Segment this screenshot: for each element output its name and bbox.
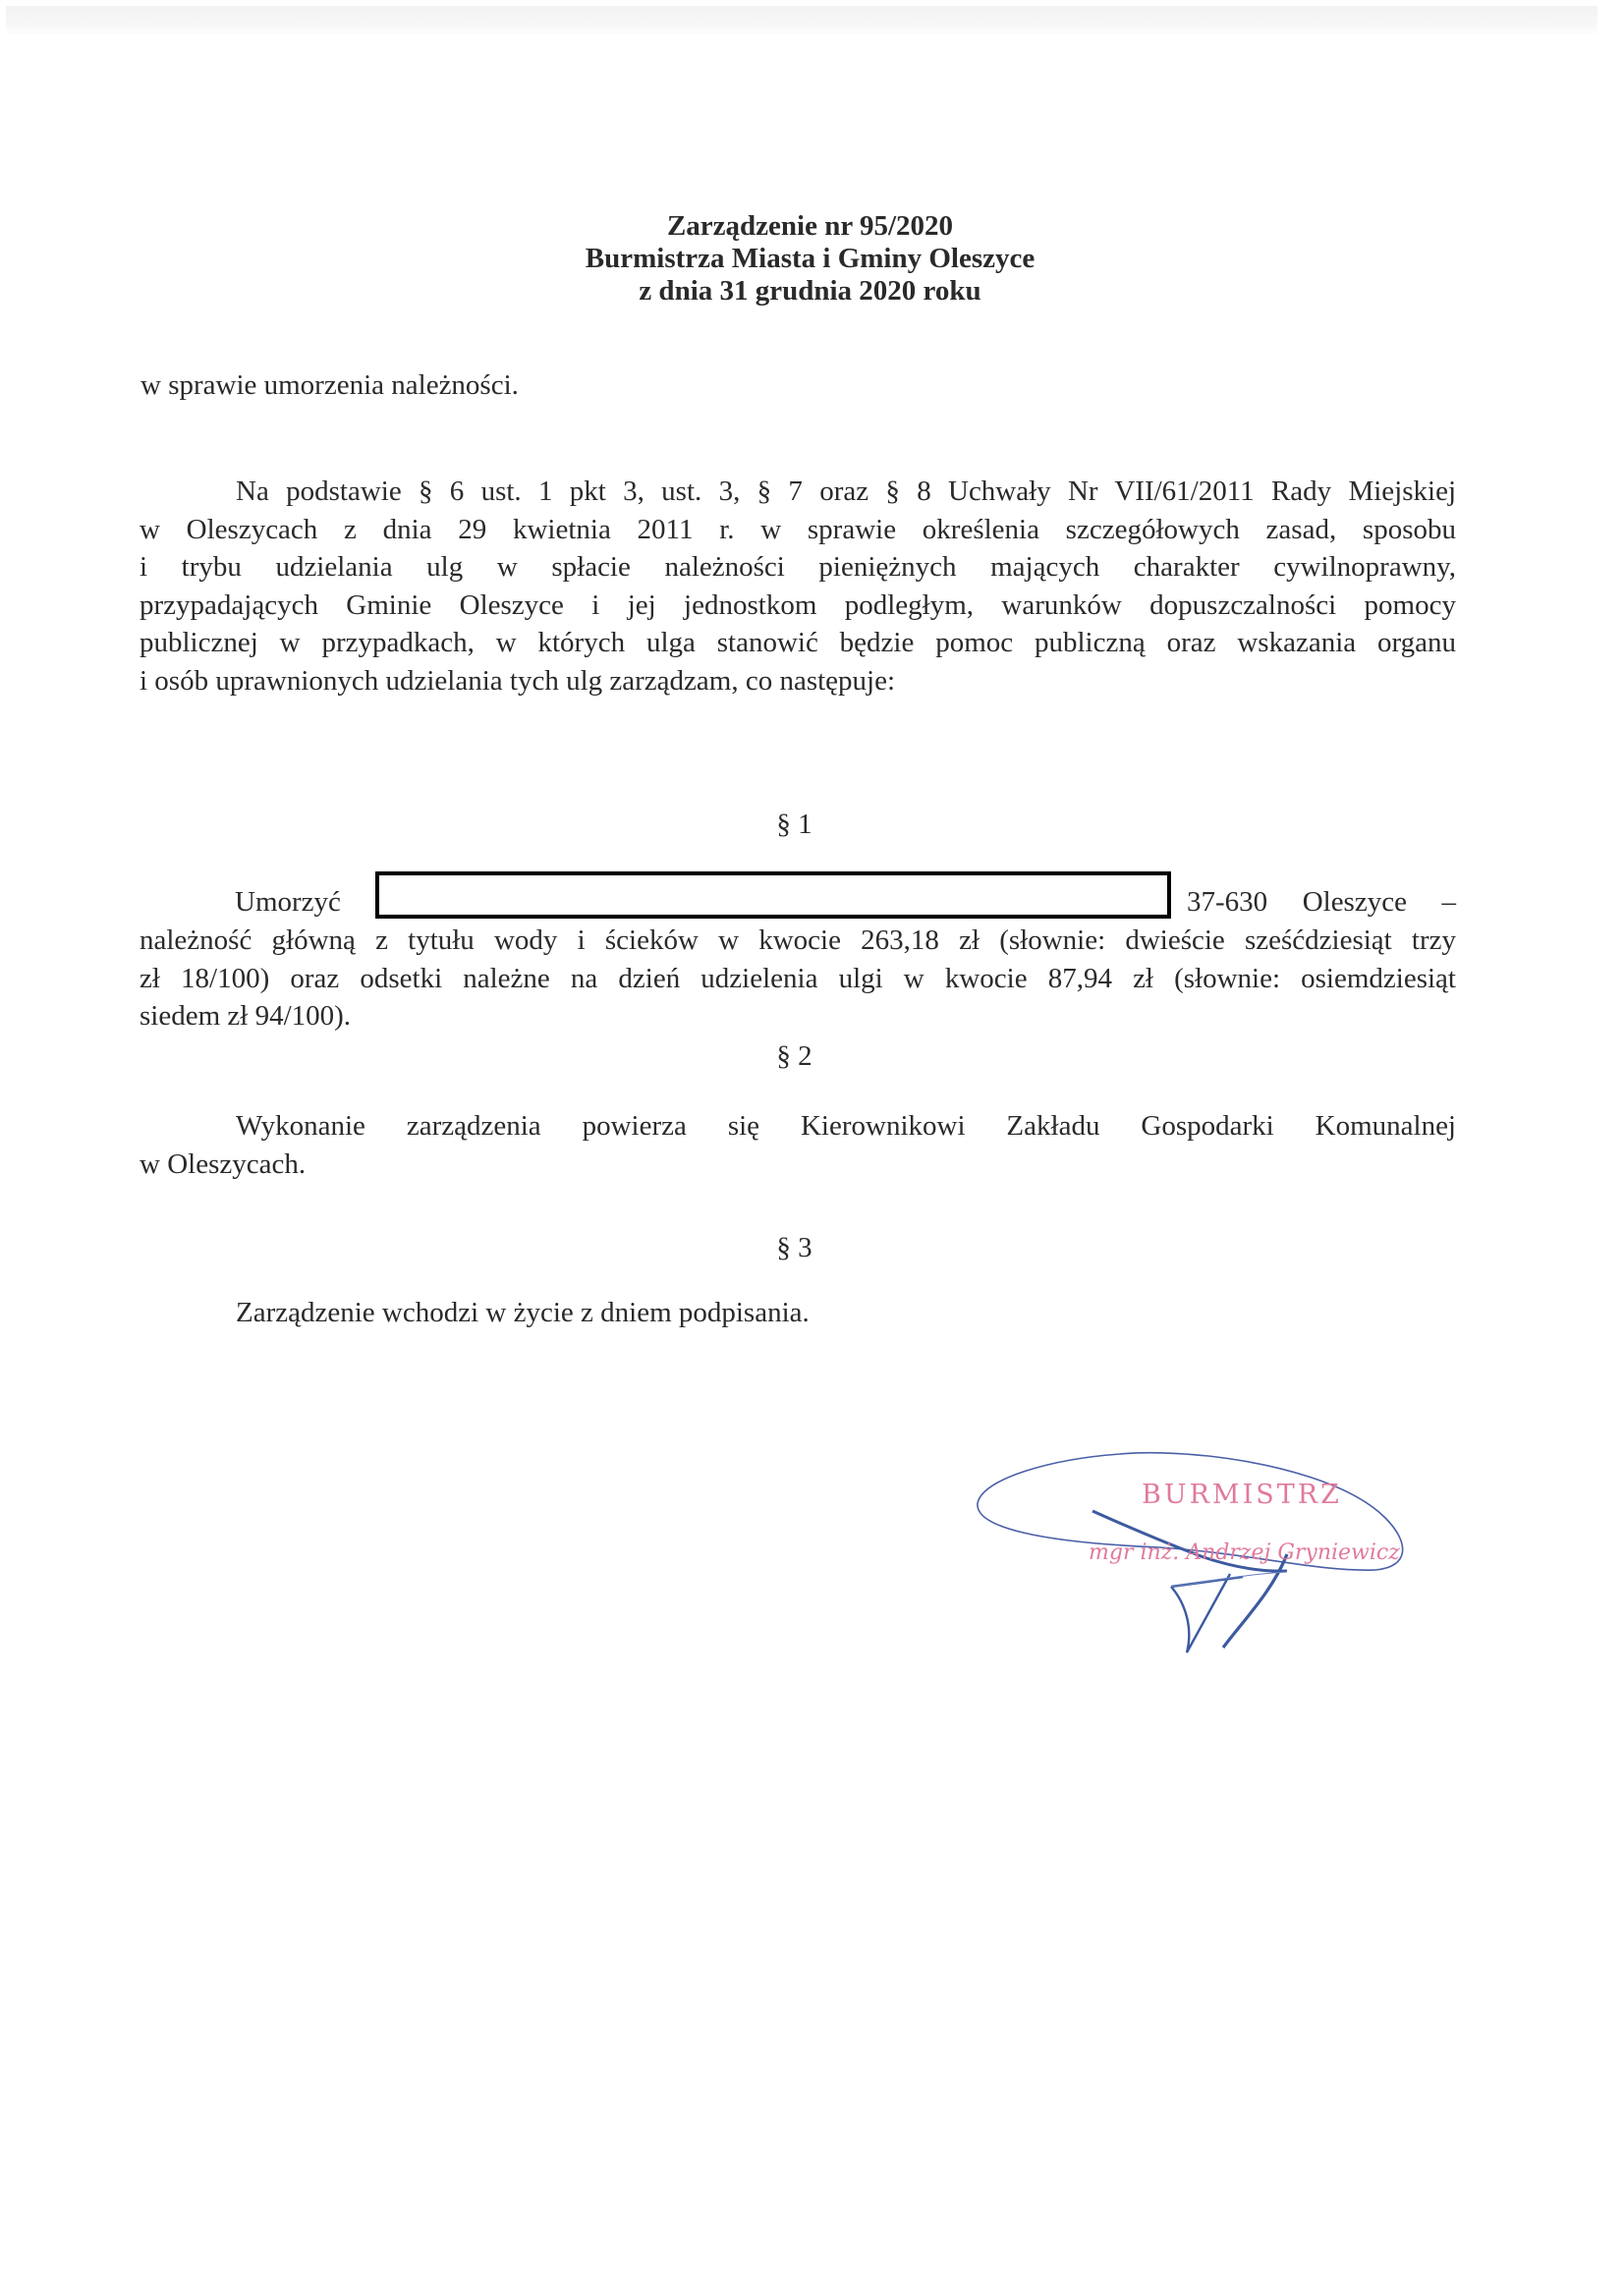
- first-word: Umorzyć: [235, 886, 341, 918]
- title-line-3: z dnia 31 grudnia 2020 roku: [0, 275, 1624, 308]
- address-after-redaction: 37-630 Oleszyce –: [1187, 883, 1456, 921]
- section-2-line: w Oleszycach.: [140, 1146, 1456, 1184]
- dash: –: [1441, 883, 1456, 921]
- section-2-line: Wykonanie zarządzenia powierza się Kiero…: [140, 1107, 1456, 1146]
- preamble-line: w Oleszycach z dnia 29 kwietnia 2011 r. …: [140, 511, 1456, 549]
- postal-code: 37-630: [1187, 883, 1267, 921]
- preamble-line: i osób uprawnionych udzielania tych ulg …: [140, 662, 1456, 700]
- title-line-2: Burmistrza Miasta i Gminy Oleszyce: [0, 243, 1624, 275]
- section-1-paragraph: należność główną z tytułu wody i ścieków…: [140, 922, 1456, 1036]
- town: Oleszyce: [1303, 883, 1407, 921]
- preamble-line: Na podstawie § 6 ust. 1 pkt 3, ust. 3, §…: [140, 473, 1456, 511]
- subject-line: w sprawie umorzenia należności.: [140, 366, 519, 404]
- preamble-paragraph: Na podstawie § 6 ust. 1 pkt 3, ust. 3, §…: [140, 473, 1456, 700]
- preamble-line: publicznej w przypadkach, w których ulga…: [140, 624, 1456, 662]
- stamp-title: BURMISTRZ: [1142, 1480, 1342, 1510]
- section-1-first-line: Umorzyć 37-630 Oleszyce –: [235, 883, 1456, 921]
- preamble-line: przypadających Gminie Oleszyce i jej jed…: [140, 587, 1456, 625]
- scan-edge-artifact: [6, 6, 1597, 35]
- stamp-name: mgr inż. Andrzej Gryniewicz: [1089, 1540, 1400, 1565]
- section-3-line: Zarządzenie wchodzi w życie z dniem podp…: [140, 1294, 1456, 1332]
- section-3-label: § 3: [0, 1229, 1606, 1266]
- title-line-1: Zarządzenie nr 95/2020: [0, 210, 1624, 243]
- section-1-label: § 1: [0, 806, 1606, 843]
- section-2-label: § 2: [0, 1037, 1606, 1075]
- section-1-line: zł 18/100) oraz odsetki należne na dzień…: [140, 960, 1456, 998]
- document-title: Zarządzenie nr 95/2020 Burmistrza Miasta…: [0, 210, 1624, 308]
- preamble-line: i trybu udzielania ulg w spłacie należno…: [140, 548, 1456, 587]
- section-1-line: siedem zł 94/100).: [140, 997, 1456, 1036]
- section-2-paragraph: Wykonanie zarządzenia powierza się Kiero…: [140, 1107, 1456, 1183]
- section-3-paragraph: Zarządzenie wchodzi w życie z dniem podp…: [140, 1294, 1456, 1332]
- section-1-line: należność główną z tytułu wody i ścieków…: [140, 922, 1456, 960]
